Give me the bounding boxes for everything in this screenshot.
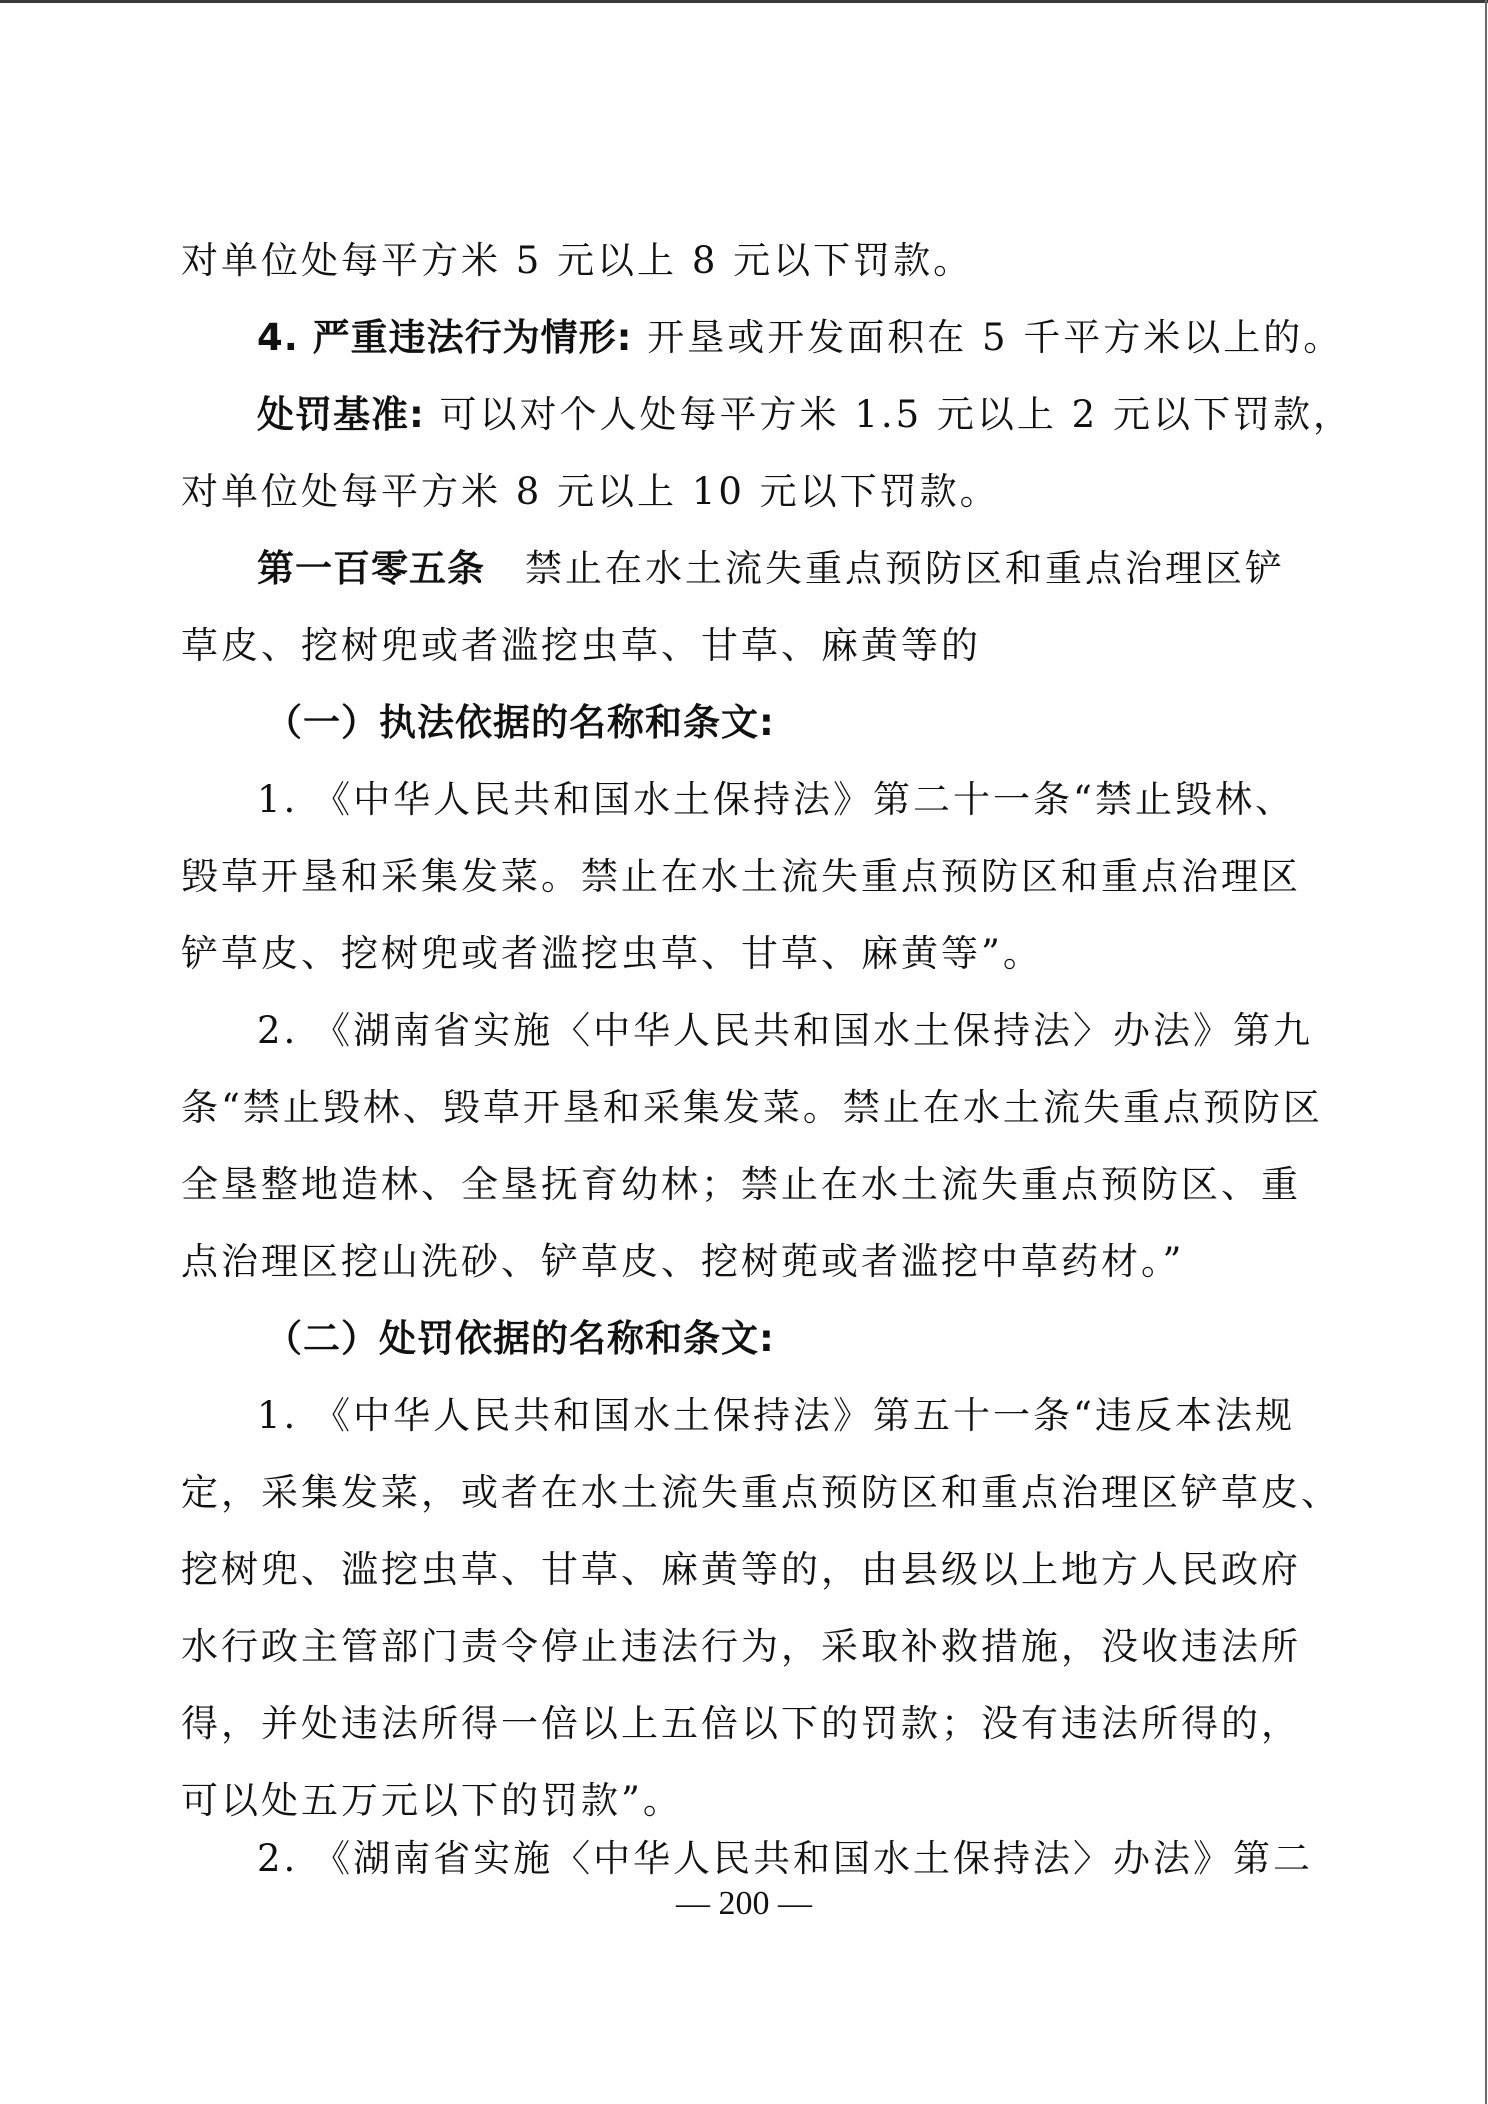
page-frame-right <box>1485 0 1487 2104</box>
paragraph-line: 对单位处每平方米 5 元以上 8 元以下罚款。 <box>181 238 973 284</box>
article-number: 第一百零五条 <box>257 547 485 590</box>
paragraph-line: 条“禁止毁林、毁草开垦和采集发菜。禁止在水土流失重点预防区 <box>181 1085 1323 1131</box>
paragraph-line: 毁草开垦和采集发菜。禁止在水土流失重点预防区和重点治理区 <box>181 854 1301 900</box>
article-heading: 第一百零五条禁止在水土流失重点预防区和重点治理区铲 <box>257 546 1285 592</box>
paragraph-line: 点治理区挖山洗砂、铲草皮、挖树蔸或者滥挖中草药材。” <box>181 1239 1184 1285</box>
paragraph-line: 定，采集发菜，或者在水土流失重点预防区和重点治理区铲草皮、 <box>181 1470 1341 1516</box>
page-number: — 200 — <box>0 1885 1488 1923</box>
section-heading-enforcement-basis: （一）执法依据的名称和条文: <box>265 700 775 746</box>
paragraph-line: 全垦整地造林、全垦抚育幼林；禁止在水土流失重点预防区、重 <box>181 1162 1301 1208</box>
paragraph-line: 对单位处每平方米 8 元以上 10 元以下罚款。 <box>181 469 1000 515</box>
paragraph-line: 草皮、挖树兜或者滥挖虫草、甘草、麻黄等的 <box>181 623 981 669</box>
paragraph-line: 可以处五万元以下的罚款”。 <box>181 1778 683 1824</box>
paragraph-line: 2. 《湖南省实施〈中华人民共和国水土保持法〉办法》第九 <box>257 1008 1313 1054</box>
paragraph-line: 1. 《中华人民共和国水土保持法》第二十一条“禁止毁林、 <box>257 777 1295 823</box>
paragraph-line: 1. 《中华人民共和国水土保持法》第五十一条“违反本法规 <box>257 1393 1295 1439</box>
paragraph-line: 水行政主管部门责令停止违法行为，采取补救措施，没收违法所 <box>181 1624 1301 1670</box>
paragraph-line: 挖树兜、滥挖虫草、甘草、麻黄等的，由县级以上地方人民政府 <box>181 1547 1301 1593</box>
severity-level-4-line: 4. 严重违法行为情形: 开垦或开发面积在 5 千平方米以上的。 <box>257 315 1343 361</box>
paragraph-line: 得，并处违法所得一倍以上五倍以下的罚款；没有违法所得的， <box>181 1701 1301 1747</box>
paragraph-line: 铲草皮、挖树兜或者滥挖虫草、甘草、麻黄等”。 <box>181 931 1043 977</box>
paragraph-line: 2. 《湖南省实施〈中华人民共和国水土保持法〉办法》第二 <box>257 1836 1313 1882</box>
page-frame-top <box>0 0 1488 3</box>
penalty-standard-label: 处罚基准: <box>257 393 425 436</box>
section-heading-penalty-basis: （二）处罚依据的名称和条文: <box>265 1316 775 1362</box>
penalty-standard-line: 处罚基准: 可以对个人处每平方米 1.5 元以上 2 元以下罚款， <box>257 392 1353 438</box>
severity-label: 4. 严重违法行为情形: <box>257 316 632 359</box>
